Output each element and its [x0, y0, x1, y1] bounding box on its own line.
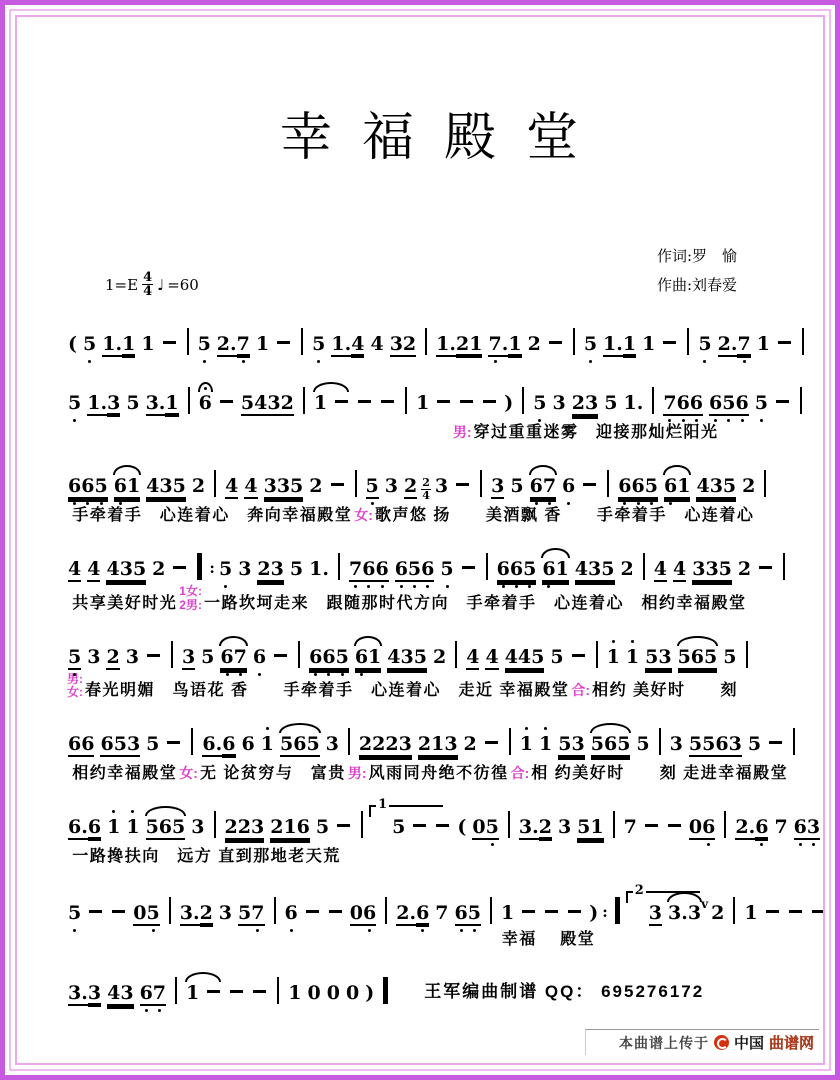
- note: 1.1: [603, 334, 636, 357]
- note-char: 3: [399, 734, 412, 754]
- note-char: 5: [645, 647, 658, 667]
- note-char: 5: [366, 476, 379, 496]
- note-char: 5: [238, 903, 251, 923]
- dash: [812, 910, 825, 913]
- note-char: .: [731, 334, 738, 354]
- dash: [549, 341, 562, 344]
- barline: [301, 328, 303, 355]
- note: 06: [689, 817, 715, 840]
- site-name[interactable]: 中国: [734, 1032, 764, 1053]
- note-char: 5: [94, 476, 107, 496]
- note-char: 1: [309, 559, 322, 579]
- note-char: 2: [238, 817, 251, 837]
- note: 5: [755, 393, 768, 413]
- note: 5432: [241, 393, 294, 416]
- note: 7: [624, 817, 637, 837]
- note-char: 3: [444, 734, 457, 754]
- note: 3: [491, 476, 504, 499]
- note-char: 1: [436, 334, 449, 354]
- note: 1: [186, 983, 199, 1003]
- note: 5: [550, 647, 563, 667]
- note-char: 2: [433, 647, 446, 667]
- note-char: 3: [180, 903, 193, 923]
- note: 5563: [689, 734, 742, 757]
- note: 66: [68, 734, 94, 757]
- lyric-text: 手牵着手 心连着心 奔向幸福殿堂: [72, 502, 352, 525]
- notation-line: 53233567666561435244445511535655: [65, 626, 793, 672]
- dash: [522, 910, 535, 913]
- note: 2: [464, 734, 477, 754]
- repeat-sign: :: [191, 553, 216, 580]
- note-char: 3: [649, 903, 662, 923]
- barline: [197, 553, 202, 580]
- note: 0: [308, 983, 321, 1003]
- song-title: 幸福殿堂: [65, 95, 793, 170]
- barline: [383, 977, 388, 1004]
- barline: [187, 328, 189, 355]
- lyrics-row: 一路搀扶向 远方 直到那地老天荒: [65, 843, 793, 866]
- note: 05: [133, 903, 159, 926]
- note-char: 5: [723, 647, 736, 667]
- barline: [522, 387, 524, 414]
- barline: [509, 728, 511, 755]
- note-char: 5: [68, 903, 81, 923]
- notation-line: (51.1152.7151.44321.217.1251.1152.71: [65, 313, 793, 359]
- music-system: 51.353.16543211)532351.7666565男:穿过重重迷雾 迎…: [65, 372, 793, 442]
- voice-label: 女:: [179, 763, 198, 783]
- note: 3: [87, 647, 100, 667]
- note-char: 3: [807, 817, 820, 837]
- barline: [191, 728, 193, 755]
- note: 1.1: [102, 334, 135, 357]
- note-char: 4: [351, 334, 364, 354]
- note: 3.2: [519, 817, 552, 840]
- dash: [112, 910, 125, 913]
- note: 5: [316, 817, 329, 837]
- note: 2: [152, 559, 165, 579]
- note: 57: [238, 903, 264, 926]
- note: 1.4: [331, 334, 364, 357]
- note: 223: [225, 817, 265, 840]
- note: 5: [723, 647, 736, 667]
- note-char: .: [345, 334, 352, 354]
- note-char: 2: [621, 559, 634, 579]
- note-char: 1: [126, 817, 139, 837]
- barline: [596, 641, 598, 668]
- note-char: 4: [505, 647, 518, 667]
- barline: [659, 728, 661, 755]
- note: 3: [191, 817, 204, 837]
- note-char: 4: [518, 647, 531, 667]
- note-char: 5: [468, 903, 481, 923]
- note-char: 5: [755, 393, 768, 413]
- note: 23: [572, 393, 598, 416]
- note-char: 1: [623, 334, 636, 354]
- note-char: 6: [395, 559, 408, 579]
- lyric-text: 共享美好时光: [72, 590, 177, 613]
- note-char: 0: [327, 983, 340, 1003]
- note-char: 6: [253, 647, 266, 667]
- score: (51.1152.7151.44321.217.1251.1152.7151.3…: [65, 313, 793, 1008]
- notation-line: 51.353.16543211)532351.7666565: [65, 372, 793, 418]
- ending-number: 2: [633, 884, 646, 897]
- barline: [733, 897, 735, 924]
- note-char: 5: [173, 476, 186, 496]
- note-char: 5: [146, 817, 159, 837]
- note-char: 7: [774, 817, 787, 837]
- note: 2: [528, 334, 541, 354]
- credit-composer: 作曲:刘春爱: [657, 271, 737, 300]
- dash: [274, 654, 287, 657]
- note: ): [365, 983, 374, 1003]
- voice-label-stack: 1女:2男:: [179, 585, 202, 613]
- note-char: 3: [385, 476, 398, 496]
- note: 3.2: [180, 903, 213, 926]
- note: 1: [314, 393, 327, 413]
- voice-label: 合:: [571, 680, 590, 700]
- barline: [615, 897, 620, 924]
- note: 5: [584, 334, 597, 354]
- note: 7.1: [488, 334, 521, 357]
- dash: [663, 341, 676, 344]
- note-char: .: [409, 903, 416, 923]
- dash: [545, 910, 558, 913]
- note-char: 2: [225, 817, 238, 837]
- note-char: 2: [456, 334, 469, 354]
- note-char: 1: [127, 476, 140, 496]
- note-char: 6: [497, 559, 510, 579]
- note-char: 5: [241, 393, 254, 413]
- note: 61: [664, 476, 690, 499]
- notation-line: 6.6115653223216515(053.23517062.6763: [65, 796, 793, 842]
- note-char: 2: [528, 334, 541, 354]
- note: (: [68, 334, 77, 354]
- note-char: 1: [642, 334, 655, 354]
- border-inner-line: 幸福殿堂 1=E 44 ♩=60 作词:罗 愉 作曲:刘春爱 (51.1152.…: [9, 9, 831, 1071]
- note: 1: [520, 734, 533, 754]
- note-char: 5: [290, 476, 303, 496]
- note: 5: [636, 734, 649, 754]
- note-char: 2: [152, 559, 165, 579]
- note: 06: [350, 903, 376, 926]
- notation-line: 3.3436711000)王军编曲制谱 QQ： 695276172: [65, 962, 793, 1008]
- note-char: 3: [519, 817, 532, 837]
- note-char: 5: [68, 393, 81, 413]
- note: 67: [220, 647, 246, 670]
- lyrics-row: 手牵着手 心连着心 奔向幸福殿堂女:歌声悠 扬 美酒飘 香 手牵着手 心连着心: [65, 502, 793, 525]
- barline: [486, 553, 488, 580]
- note-char: 1: [520, 734, 533, 754]
- note-char: 6: [562, 476, 575, 496]
- dash: [769, 741, 782, 744]
- note-char: 1: [165, 393, 178, 413]
- note-char: 5: [280, 734, 293, 754]
- note-char: 6: [220, 647, 233, 667]
- note-char: 5: [723, 476, 736, 496]
- note-char: 4: [466, 647, 479, 667]
- note: 4: [87, 559, 100, 582]
- note: 1: [107, 817, 120, 837]
- note: 23: [257, 559, 283, 582]
- note: 67: [530, 476, 556, 499]
- note-char: 6: [530, 476, 543, 496]
- note-char: .: [81, 817, 88, 837]
- barline: [385, 897, 387, 924]
- ts-numerator: 2: [421, 477, 431, 490]
- note: 1.: [623, 393, 643, 413]
- note: 6: [199, 393, 212, 413]
- dash: [337, 824, 350, 827]
- barline: [724, 811, 726, 838]
- note-char: 6: [618, 476, 631, 496]
- voice-label: 男:: [453, 422, 472, 442]
- note-char: 5: [722, 393, 735, 413]
- note: 1.: [309, 559, 329, 579]
- note-char: 5: [408, 559, 421, 579]
- note-char: 1: [757, 334, 770, 354]
- note: 4: [68, 559, 81, 582]
- note: 65: [455, 903, 481, 926]
- note-char: .: [115, 334, 122, 354]
- note-char: 6: [81, 476, 94, 496]
- note: 6.6: [68, 817, 101, 840]
- note: 2: [433, 647, 446, 667]
- barline: [480, 470, 482, 497]
- note-char: 1: [107, 817, 120, 837]
- note-char: 3: [68, 983, 81, 1003]
- note: 335: [264, 476, 304, 499]
- note-char: 1: [556, 559, 569, 579]
- note-char: .: [230, 334, 237, 354]
- dash: [163, 341, 176, 344]
- note-char: 5: [440, 559, 453, 579]
- note-char: 3: [710, 476, 723, 496]
- note: 656: [709, 393, 749, 416]
- note: 6.6: [202, 734, 235, 757]
- note-char: 6: [691, 647, 704, 667]
- note-char: 4: [370, 334, 383, 354]
- note-char: ): [589, 903, 598, 923]
- note-char: 5: [577, 817, 590, 837]
- note-char: 1: [102, 334, 115, 354]
- note-char: 6: [81, 734, 94, 754]
- note-char: 5: [510, 476, 523, 496]
- note-char: 3: [120, 983, 133, 1003]
- note: ): [504, 393, 513, 413]
- note: 5: [748, 734, 761, 754]
- note-char: 5: [198, 334, 211, 354]
- repeat-dots: :: [602, 903, 608, 921]
- music-system: (51.1152.7151.44321.217.1251.1152.71: [65, 313, 793, 359]
- note: 3: [385, 476, 398, 496]
- dash: [331, 483, 344, 486]
- barline: [171, 641, 173, 668]
- note-char: 3: [729, 734, 742, 754]
- note-char: 3: [401, 647, 414, 667]
- note: 5: [68, 647, 81, 670]
- note: 1: [501, 903, 514, 923]
- note: 3.3: [68, 983, 101, 1006]
- note-char: 3: [191, 817, 204, 837]
- note: 4: [673, 559, 686, 582]
- note-char: 4: [654, 559, 667, 579]
- dash: [436, 824, 449, 827]
- note: 1.3: [87, 393, 120, 416]
- note-char: 5: [312, 334, 325, 354]
- note-char: 3: [219, 903, 232, 923]
- note: 61: [355, 647, 381, 670]
- note: 7: [774, 817, 787, 837]
- note-char: 2: [711, 903, 724, 923]
- note-char: 4: [673, 559, 686, 579]
- lyric-text: 相 约美好时 刻 走进幸福殿堂: [531, 760, 788, 783]
- note-char: 5: [336, 647, 349, 667]
- note-char: .: [502, 334, 509, 354]
- dash: [89, 910, 102, 913]
- note: 3: [326, 734, 339, 754]
- note-char: 7: [349, 559, 362, 579]
- note: 1: [607, 647, 620, 667]
- dash: [230, 990, 243, 993]
- note-char: 6: [542, 559, 555, 579]
- note-char: 5: [172, 817, 185, 837]
- note-char: 2: [217, 334, 230, 354]
- note-char: 6: [309, 647, 322, 667]
- key-signature: 1=E: [105, 276, 138, 294]
- note-char: 6: [285, 903, 298, 923]
- note: 2: [621, 559, 634, 579]
- dash: [277, 341, 290, 344]
- note-char: .: [532, 817, 539, 837]
- note: 435: [106, 559, 146, 582]
- voice-label: 女:: [354, 505, 373, 525]
- music-system: 3.3436711000)王军编曲制谱 QQ： 695276172: [65, 962, 793, 1008]
- note-char: 6: [363, 903, 376, 923]
- note: 2: [742, 476, 755, 496]
- note-char: 5: [702, 734, 715, 754]
- note-char: 3: [670, 734, 683, 754]
- voice-label: 1女:: [179, 585, 202, 599]
- note: 0: [346, 983, 359, 1003]
- note-char: 1: [590, 817, 603, 837]
- note: 5: [533, 393, 546, 413]
- note-char: 1: [122, 334, 135, 354]
- note: 3: [219, 903, 232, 923]
- dash: [253, 990, 266, 993]
- note: ): [589, 903, 598, 923]
- note-char: 7: [237, 334, 250, 354]
- note-char: 6: [297, 817, 310, 837]
- note: 1: [642, 334, 655, 354]
- note-char: 6: [709, 393, 722, 413]
- note: 5: [83, 334, 96, 354]
- note: 51: [577, 817, 603, 840]
- note-char: 5: [523, 559, 536, 579]
- note-char: 7: [624, 817, 637, 837]
- barline: [277, 977, 279, 1004]
- lyric-text: 歌声悠 扬 美酒飘 香 手牵着手 心连着心: [375, 502, 754, 525]
- note-char: 0: [350, 903, 363, 923]
- barline: [613, 811, 615, 838]
- note-char: 1: [186, 983, 199, 1003]
- note-char: 5: [306, 734, 319, 754]
- note-char: 6: [715, 734, 728, 754]
- ending-number: 1: [376, 798, 389, 811]
- note-char: 6: [199, 393, 212, 413]
- music-system: 6665356.66156532223213211535655355635相约幸…: [65, 713, 793, 783]
- dash: [329, 910, 342, 913]
- site-name-suffix[interactable]: 曲谱网: [769, 1032, 814, 1053]
- voice-label-stack: 男:女:: [67, 673, 83, 701]
- note-char: 1: [469, 334, 482, 354]
- note: 3: [238, 559, 251, 579]
- note-char: 1: [508, 334, 521, 354]
- note-char: 5: [617, 734, 630, 754]
- notation-line: 444352:532351.7666565665614352443352: [65, 538, 793, 584]
- lyric-text: 一路坎坷走来 跟随那时代方向 手牵着手 心连着心 相约幸福殿堂: [204, 590, 747, 613]
- dash: [776, 400, 789, 403]
- note-char: 5: [531, 647, 544, 667]
- note-char: 2: [404, 476, 417, 496]
- barline: [214, 470, 216, 497]
- barline: [800, 387, 802, 414]
- note: 1: [744, 903, 757, 923]
- barline: [298, 641, 300, 668]
- note-char: 1: [416, 393, 429, 413]
- note-char: 1: [603, 334, 616, 354]
- note-char: 5: [83, 334, 96, 354]
- note-char: 2: [572, 393, 585, 413]
- music-system: 66561435244335253224335676665614352手牵着手 …: [65, 455, 793, 525]
- note-char: 6: [794, 817, 807, 837]
- note-char: 6: [355, 647, 368, 667]
- note: 435: [146, 476, 186, 499]
- note: 6: [242, 734, 255, 754]
- note: 2: [192, 476, 205, 496]
- note-char: 2: [309, 476, 322, 496]
- note-char: 1: [744, 903, 757, 923]
- notation-line: 66561435244335253224335676665614352: [65, 455, 793, 501]
- lyric-text: 无 论贫穷与 富贵: [200, 760, 346, 783]
- note-char: 1: [431, 734, 444, 754]
- note-char: 3: [435, 476, 448, 496]
- music-system: 6.6115653223216515(053.23517062.6763一路搀扶…: [65, 796, 793, 866]
- note: 3: [649, 903, 662, 926]
- note-char: 2: [718, 334, 731, 354]
- note-char: 7: [234, 647, 247, 667]
- note-char: ): [365, 983, 374, 1003]
- note: 5: [366, 476, 379, 499]
- barline: [338, 553, 340, 580]
- note-char: 2: [396, 903, 409, 923]
- note: 665: [309, 647, 349, 670]
- note-char: 3: [688, 903, 701, 923]
- note-char: 0: [346, 983, 359, 1003]
- note-char: 5: [689, 734, 702, 754]
- note-char: 2: [359, 734, 372, 754]
- note-char: 6: [416, 903, 429, 923]
- note: 5: [440, 559, 453, 579]
- note-char: .: [749, 817, 756, 837]
- note-char: 3: [159, 476, 172, 496]
- note-char: 1: [283, 817, 296, 837]
- note-char: 4: [225, 476, 238, 496]
- dash: [437, 400, 450, 403]
- note-char: 5: [584, 334, 597, 354]
- dash: [173, 566, 186, 569]
- note-char: 3: [251, 817, 264, 837]
- site-logo-icon[interactable]: [714, 1035, 729, 1050]
